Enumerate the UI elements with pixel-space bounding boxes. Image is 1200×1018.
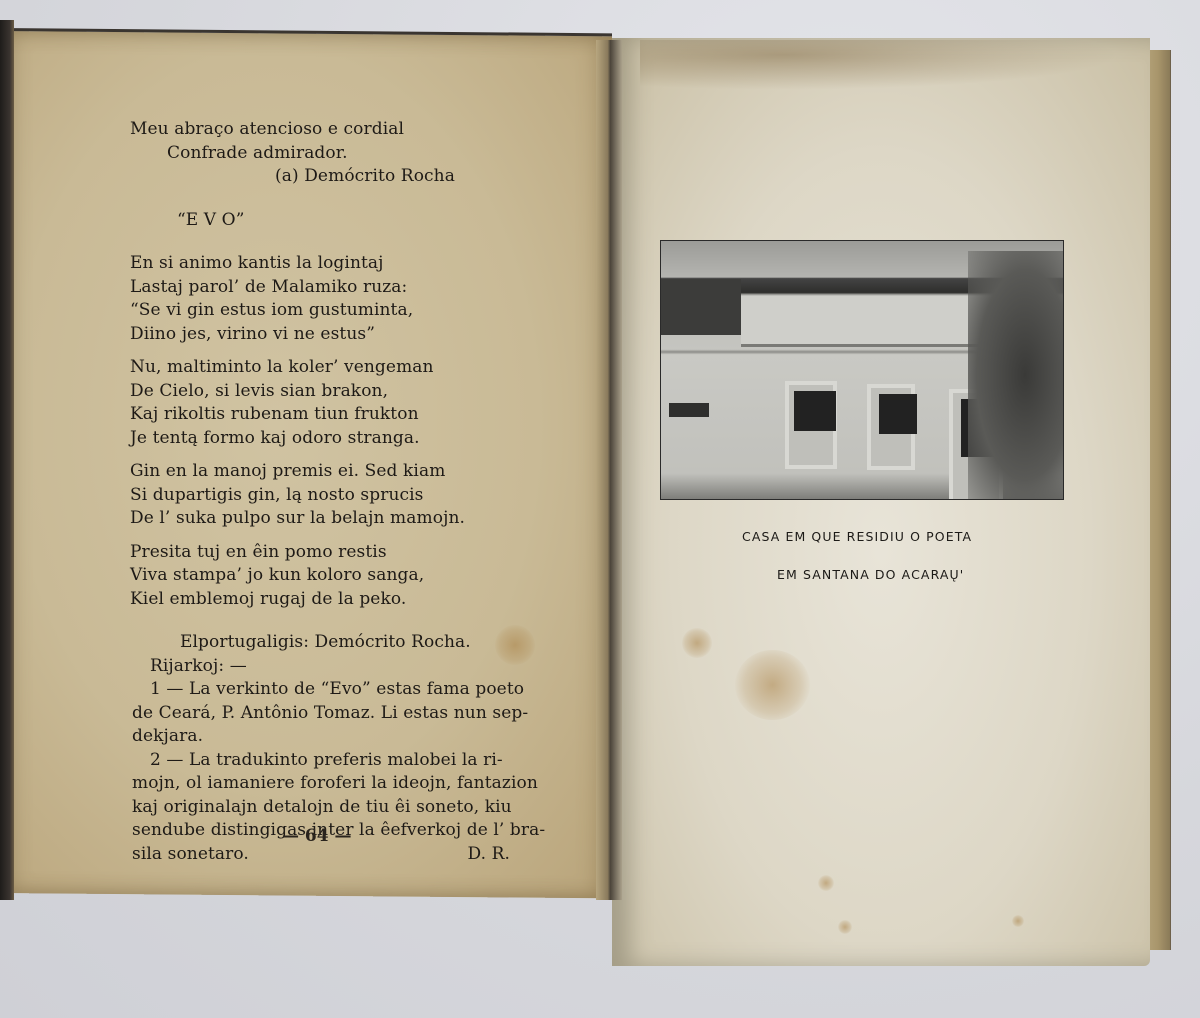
foxing-stain xyxy=(640,40,1120,90)
note-line: de Ceará, P. Antônio Tomaz. Li estas nun… xyxy=(132,702,530,726)
poem-line: Lastaj parol’ de Malamiko ruza: xyxy=(130,276,530,300)
photo-dark-patch xyxy=(669,403,709,417)
poem-line: Kiel emblemoj rugaj de la peko. xyxy=(130,588,530,612)
note-line: sila sonetaro. xyxy=(132,843,249,867)
photo-caption-line2: EM SANTANA DO ACARAŲ' xyxy=(777,567,964,582)
poem-line: Nu, maltiminto la koler’ vengeman xyxy=(130,356,530,380)
photo-window-pane xyxy=(794,391,836,431)
house-photograph xyxy=(660,240,1064,500)
foxing-stain xyxy=(1012,915,1024,927)
note-line: kaj originalajn detalojn de tiu êi sonet… xyxy=(132,796,530,820)
photo-roof-shadow xyxy=(661,279,741,335)
left-page-text: Meu abraço atencioso e cordial Confrade … xyxy=(130,118,530,866)
poem-stanza: Gin en la manoj premis ei. Sed kiam Si d… xyxy=(130,460,530,531)
poem-line: Gin en la manoj premis ei. Sed kiam xyxy=(130,460,530,484)
photo-caption-line1: CASA EM QUE RESIDIU O POETA xyxy=(742,529,972,544)
right-page xyxy=(612,38,1150,966)
note-line: 1 — La verkinto de “Evo” estas fama poet… xyxy=(132,678,530,702)
poem-stanza: Nu, maltiminto la koler’ vengeman De Cie… xyxy=(130,356,530,450)
note-initials: D. R. xyxy=(467,843,530,867)
notes-heading: Rijarkoj: — xyxy=(132,655,530,679)
note-line: dekjara. xyxy=(132,725,530,749)
poem-line: Si dupartigis gin, lą nosto sprucis xyxy=(130,484,530,508)
poem-line: Je tentą formo kaj odoro stranga. xyxy=(130,427,530,451)
poem-line: “Se vi gin estus iom gustuminta, xyxy=(130,299,530,323)
page-number: — 64 — xyxy=(282,826,352,846)
poem-line: De Cielo, si levis sian brakon, xyxy=(130,380,530,404)
poem-title: “E V O” xyxy=(130,209,530,233)
translator-credit: Elportugaligis: Demócrito Rocha. xyxy=(130,631,530,655)
photo-tree xyxy=(968,251,1063,499)
letter-closing-line: Confrade admirador. xyxy=(130,142,530,166)
foxing-stain xyxy=(838,920,852,934)
book-gutter xyxy=(596,40,622,900)
poem-line: Presita tuj en êin pomo restis xyxy=(130,541,530,565)
poem-line: De l’ suka pulpo sur la belajn mamojn. xyxy=(130,507,530,531)
letter-closing-line: Meu abraço atencioso e cordial xyxy=(130,118,530,142)
poem-line: En si animo kantis la logintaj xyxy=(130,252,530,276)
poem-line: Diino jes, virino vi ne estus” xyxy=(130,323,530,347)
poem-line: Kaj rikoltis rubenam tiun frukton xyxy=(130,403,530,427)
poem-line: Viva stampa’ jo kun koloro sanga, xyxy=(130,564,530,588)
open-book: Meu abraço atencioso e cordial Confrade … xyxy=(0,0,1200,1018)
foxing-stain xyxy=(735,650,810,720)
letter-signature: (a) Demócrito Rocha xyxy=(130,165,530,189)
note-line: mojn, ol iamaniere foroferi la ideojn, f… xyxy=(132,772,530,796)
poem-stanza: En si animo kantis la logintaj Lastaj pa… xyxy=(130,252,530,346)
note-final-line: sila sonetaro. D. R. xyxy=(132,843,530,867)
foxing-stain xyxy=(682,628,712,658)
book-binding xyxy=(0,20,14,900)
poem-stanza: Presita tuj en êin pomo restis Viva stam… xyxy=(130,541,530,612)
foxing-stain xyxy=(818,875,834,891)
photo-window-pane xyxy=(879,394,917,434)
note-line: 2 — La tradukinto preferis malobei la ri… xyxy=(132,749,530,773)
